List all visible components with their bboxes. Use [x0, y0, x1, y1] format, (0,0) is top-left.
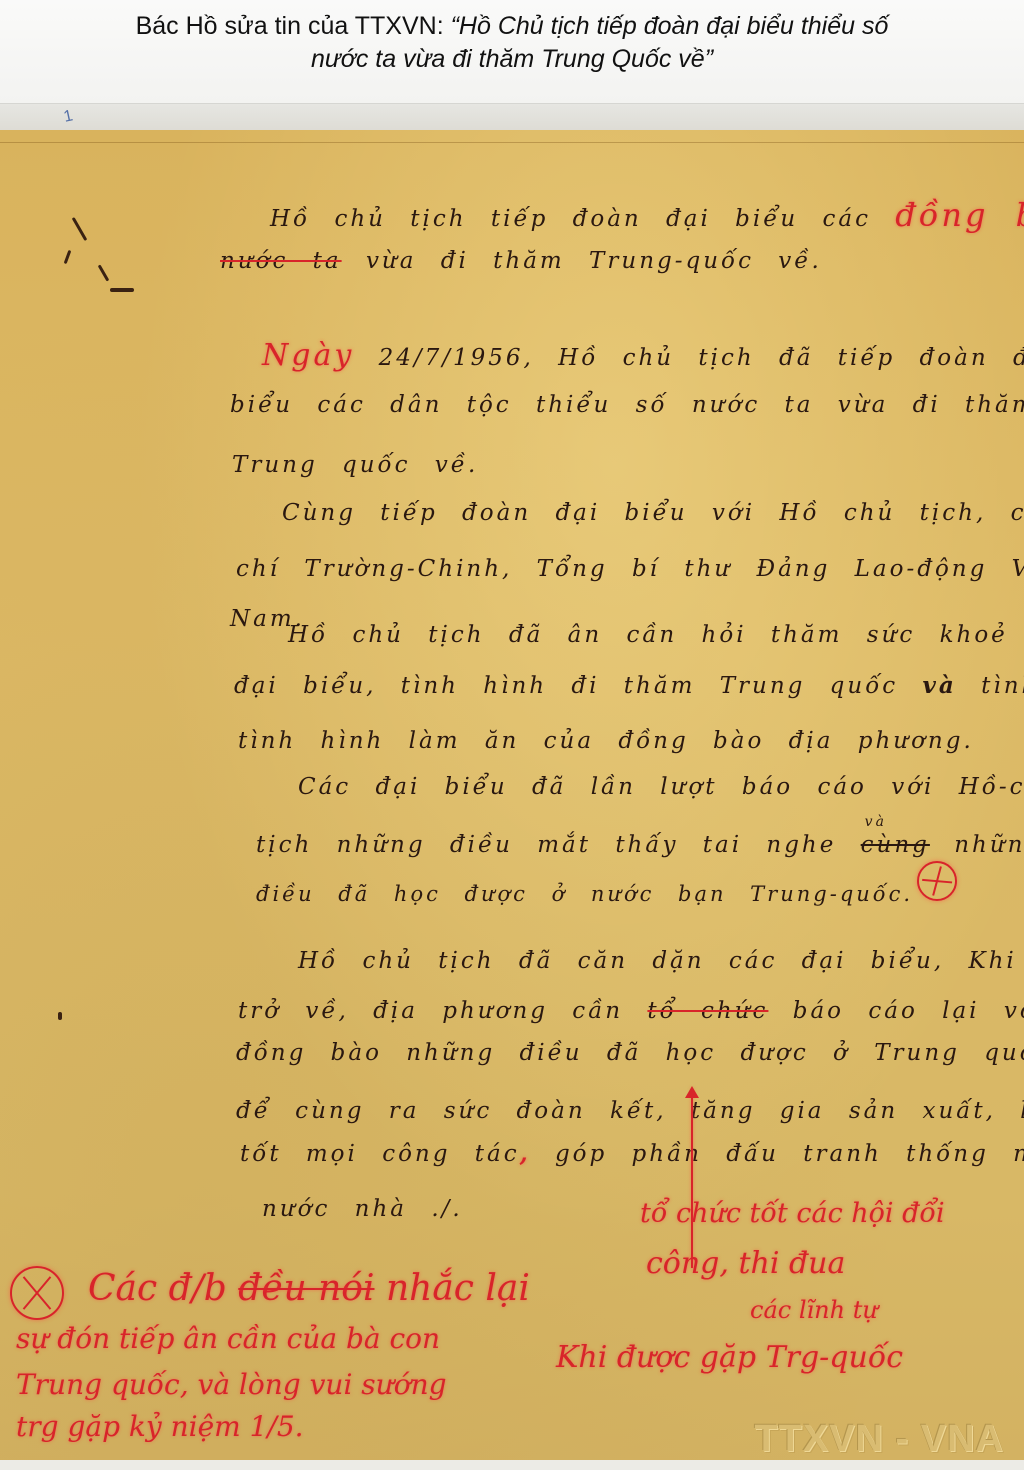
- para5-line-3: đồng bào những điều đã học được ở Trung …: [236, 1040, 1024, 1066]
- para1-line-1: Ngày 24/7/1956, Hồ chủ tịch đã tiếp đoàn…: [262, 338, 1024, 373]
- red-note-line-2: công, thi đua: [646, 1246, 845, 1281]
- red-note-line-1: tổ chức tốt các hội đổi: [640, 1198, 945, 1229]
- caption-banner: Bác Hồ sửa tin của TTXVN: “Hồ Chủ tịch t…: [0, 0, 1024, 104]
- red-note-line-4: Khi được gặp Trg-quốc: [556, 1340, 903, 1375]
- footnote-struck-words: đều nói: [238, 1268, 374, 1309]
- red-insertion-marker-icon: [917, 861, 957, 901]
- footnote-line-2: sự đón tiếp ân cần của bà con: [16, 1322, 440, 1355]
- caption-text: Bác Hồ sửa tin của TTXVN: “Hồ Chủ tịch t…: [0, 10, 1024, 76]
- para3-line-2: đại biểu, tình hình đi thăm Trung quốc v…: [234, 672, 1024, 699]
- para4-line-1: Các đại biểu đã lần lượt báo cáo với Hồ-…: [298, 774, 1024, 800]
- para4-line-2: tịch những điều mắt thấy tai nghe và cùn…: [256, 832, 1024, 858]
- red-comma: ,: [520, 1140, 531, 1167]
- para5-line-6: nước nhà ./.: [262, 1196, 463, 1222]
- footnote-line-3: Trung quốc, và lòng vui sướng: [16, 1368, 447, 1401]
- tape-strip: 1: [0, 104, 1024, 132]
- para2-line-2: chí Trường-Chinh, Tổng bí thư Đảng Lao-đ…: [236, 556, 1024, 582]
- paper-fold-line: [0, 142, 1024, 143]
- para5-line-4: để cùng ra sức đoàn kết, tăng gia sản xu…: [236, 1098, 1024, 1124]
- red-note-line-3: các lĩnh tự: [750, 1296, 878, 1324]
- struck-cung: cùng: [861, 832, 930, 858]
- footnote-line-1: Các đ/b đều nói nhắc lại: [88, 1268, 530, 1309]
- caption-line-1: Bác Hồ sửa tin của TTXVN: “Hồ Chủ tịch t…: [0, 10, 1024, 43]
- para3-line-3: tình hình làm ăn của đồng bào địa phương…: [238, 728, 974, 754]
- para2-line-1: Cùng tiếp đoàn đại biểu với Hồ chủ tịch,…: [282, 500, 1024, 526]
- footnote-line-4: trg gặp kỷ niệm 1/5.: [16, 1410, 304, 1443]
- ttxvn-vna-watermark: TTXVN - VNA: [754, 1418, 1004, 1461]
- bold-insert-va: và: [923, 672, 957, 699]
- struck-nuoc-ta: nước ta: [220, 248, 342, 274]
- headline-line-1: Hồ chủ tịch tiếp đoàn đại biểu các đồng …: [270, 196, 1024, 234]
- para5-line-5: tốt mọi công tác, góp phần đấu tranh thố…: [240, 1140, 1024, 1167]
- margin-ink-marks: [60, 210, 140, 300]
- headline-line-2: nước ta vừa đi thăm Trung-quốc về.: [220, 248, 822, 274]
- red-correction-ngay: Ngày: [262, 338, 354, 373]
- para1-line-3: Trung quốc về.: [232, 452, 478, 478]
- red-insertion-arrow: [691, 1088, 693, 1268]
- para5-line-1: Hồ chủ tịch đã căn dặn các đại biểu, Khi: [298, 948, 1017, 974]
- archival-document-page: Bác Hồ sửa tin của TTXVN: “Hồ Chủ tịch t…: [0, 0, 1024, 1470]
- para5-line-2: trở về, địa phương cần tổ chức báo cáo l…: [238, 998, 1024, 1024]
- para4-line-3: điều đã học được ở nước bạn Trung-quốc.: [256, 882, 913, 906]
- page-number-mark: 1: [62, 107, 74, 126]
- bottom-edge: [0, 1460, 1024, 1470]
- margin-ink-dot: [58, 1012, 62, 1020]
- insert-above-va: và: [865, 814, 887, 830]
- struck-to-chuc: tổ chức: [647, 998, 768, 1024]
- red-insert-dong-bao: đồng bào: [895, 196, 1024, 234]
- para1-line-2: biểu các dân tộc thiểu số nước ta vừa đi…: [230, 392, 1024, 418]
- caption-line-2: nước ta vừa đi thăm Trung Quốc về”: [0, 43, 1024, 76]
- para3-line-1: Hồ chủ tịch đã ân cần hỏi thăm sức khoẻ …: [288, 622, 1024, 648]
- red-footnote-marker-icon: [10, 1266, 64, 1320]
